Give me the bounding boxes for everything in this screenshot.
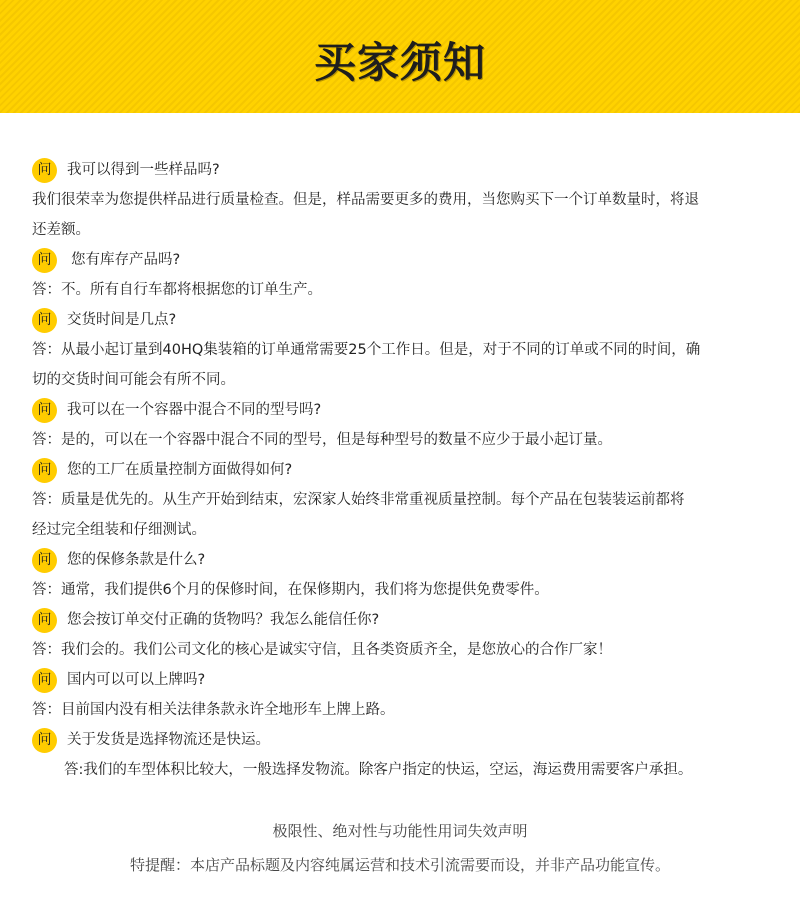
question-badge-icon: 问 (32, 458, 57, 483)
question-text: 您的工厂在质量控制方面做得如何? (67, 455, 292, 485)
header-banner: 买家须知 (0, 0, 800, 113)
question-badge-icon: 问 (32, 668, 57, 693)
faq-question: 问 我可以得到一些样品吗? (32, 155, 772, 185)
question-badge-icon: 问 (32, 308, 57, 333)
question-badge-icon: 问 (32, 728, 57, 753)
faq-question: 问 国内可以可以上牌吗? (32, 665, 772, 695)
faq-question: 问 您的工厂在质量控制方面做得如何? (32, 455, 772, 485)
question-text: 您有库存产品吗? (67, 245, 180, 275)
question-text: 交货时间是几点? (67, 305, 176, 335)
faq-answer-line: 还差额。 (32, 215, 772, 245)
faq-answer-line: 经过完全组装和仔细测试。 (32, 515, 772, 545)
disclaimer-note: 特提醒：本店产品标题及内容纯属运营和技术引流需要而设，并非产品功能宣传。 (0, 854, 800, 875)
faq-question: 问 您会按订单交付正确的货物吗？我怎么能信任你? (32, 605, 772, 635)
question-text: 您会按订单交付正确的货物吗？我怎么能信任你? (67, 605, 379, 635)
question-text: 关于发货是选择物流还是快运。 (67, 725, 270, 755)
faq-answer-line: 切的交货时间可能会有所不同。 (32, 365, 772, 395)
question-badge-icon: 问 (32, 248, 57, 273)
disclaimer-title: 极限性、绝对性与功能性用词失效声明 (0, 820, 800, 841)
faq-answer-line: 答:我们的车型体积比较大，一般选择发物流。除客户指定的快运，空运，海运费用需要客… (32, 755, 772, 785)
faq-question: 问 我可以在一个容器中混合不同的型号吗? (32, 395, 772, 425)
faq-question: 问 您有库存产品吗? (32, 245, 772, 275)
question-badge-icon: 问 (32, 398, 57, 423)
faq-answer-line: 我们很荣幸为您提供样品进行质量检查。但是，样品需要更多的费用，当您购买下一个订单… (32, 185, 772, 215)
faq-question: 问 您的保修条款是什么? (32, 545, 772, 575)
question-badge-icon: 问 (32, 608, 57, 633)
question-badge-icon: 问 (32, 158, 57, 183)
question-badge-icon: 问 (32, 548, 57, 573)
page-title: 买家须知 (314, 30, 486, 90)
faq-answer-line: 答：我们会的。我们公司文化的核心是诚实守信，且各类资质齐全，是您放心的合作厂家！ (32, 635, 772, 665)
faq-answer-line: 答：质量是优先的。从生产开始到结束，宏深家人始终非常重视质量控制。每个产品在包装… (32, 485, 772, 515)
question-text: 国内可以可以上牌吗? (67, 665, 205, 695)
faq-answer-line: 答：从最小起订量到40HQ集装箱的订单通常需要25个工作日。但是，对于不同的订单… (32, 335, 772, 365)
faq-question: 问 交货时间是几点? (32, 305, 772, 335)
faq-question: 问 关于发货是选择物流还是快运。 (32, 725, 772, 755)
question-text: 我可以得到一些样品吗? (67, 155, 220, 185)
faq-list: 问 我可以得到一些样品吗? 我们很荣幸为您提供样品进行质量检查。但是，样品需要更… (32, 155, 772, 785)
faq-answer-line: 答：不。所有自行车都将根据您的订单生产。 (32, 275, 772, 305)
question-text: 您的保修条款是什么? (67, 545, 205, 575)
faq-answer-line: 答：目前国内没有相关法律条款永许全地形车上牌上路。 (32, 695, 772, 725)
faq-answer-line: 答：是的，可以在一个容器中混合不同的型号，但是每种型号的数量不应少于最小起订量。 (32, 425, 772, 455)
question-text: 我可以在一个容器中混合不同的型号吗? (67, 395, 321, 425)
faq-answer-line: 答：通常，我们提供6个月的保修时间，在保修期内，我们将为您提供免费零件。 (32, 575, 772, 605)
